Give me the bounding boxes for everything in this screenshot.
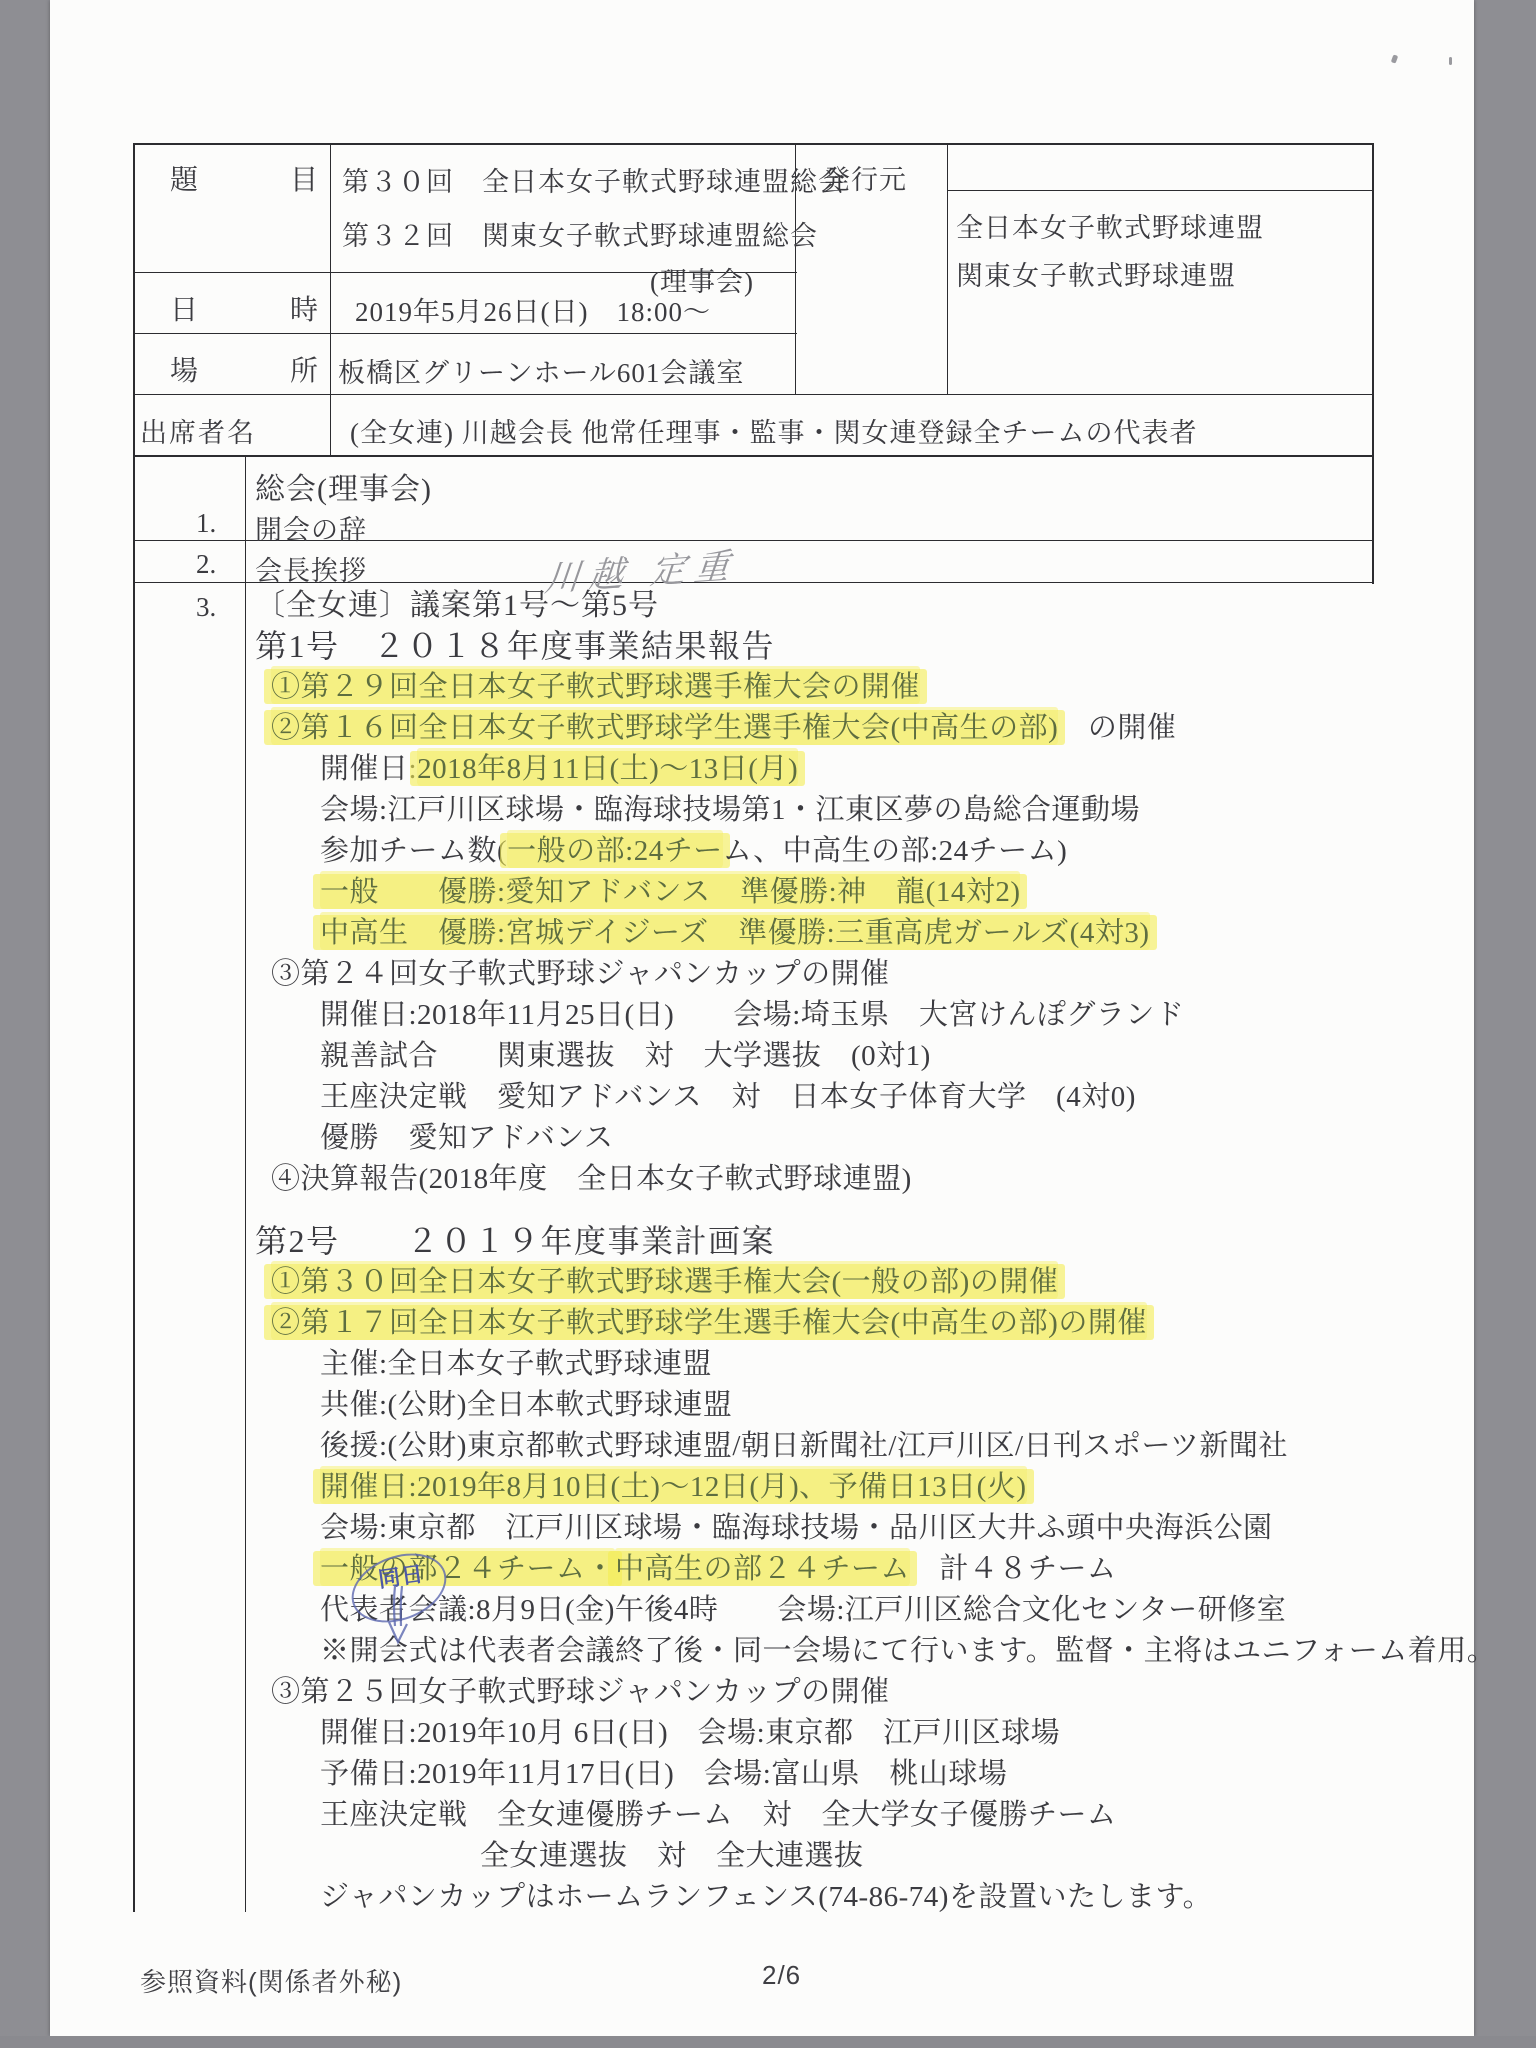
body-text: ③第２５回女子軟式野球ジャパンカップの開催 bbox=[271, 1676, 890, 1708]
body-line: 開催日:2018年8月11日(土)〜13日(月) bbox=[320, 749, 1485, 790]
body-text: 代表者会議:8月9日(金)午後4時 会場:江戸川区総合文化センター研修室 bbox=[320, 1594, 1286, 1626]
highlighted-text: ①第２９回全日本女子軟式野球選手権大会の開催 bbox=[271, 669, 920, 704]
body-line: 会場:東京都 江戸川区球場・臨海球技場・品川区大井ふ頭中央海浜公園 bbox=[320, 1508, 1485, 1549]
body-line: ③第２５回女子軟式野球ジャパンカップの開催 bbox=[271, 1672, 1485, 1713]
screenshot-root: { "colors": { "chrome_bg": "#8e8e93", "h… bbox=[0, 0, 1536, 2048]
body-line: 開催日:2019年10月 6日(日) 会場:東京都 江戸川区球場 bbox=[320, 1713, 1485, 1754]
body-line: 一般の部２４チーム・中高生の部２４チーム 計４８チーム bbox=[320, 1549, 1485, 1590]
viewer-background bbox=[0, 2036, 1536, 2048]
body-line: 主催:全日本女子軟式野球連盟 bbox=[320, 1344, 1485, 1385]
body-line: ※開会式は代表者会議終了後・同一会場にて行います。監督・主将はユニフォーム着用。 bbox=[320, 1631, 1485, 1672]
agenda-item2-label: 会長挨拶 bbox=[255, 549, 367, 588]
body-text: 予備日:2019年11月17日(日) 会場:富山県 桃山球場 bbox=[320, 1758, 1007, 1790]
body-line: ③第２４回女子軟式野球ジャパンカップの開催 bbox=[271, 954, 1485, 995]
agenda-item1-label: 開会の辞 bbox=[255, 508, 367, 547]
scan-speck bbox=[1391, 54, 1398, 63]
grid-line bbox=[245, 455, 246, 1912]
body-line: 第2号 ２０１９年度事業計画案 bbox=[255, 1221, 1485, 1262]
body-text: 会場:江戸川区球場・臨海球技場第1・江東区夢の島総合運動場 bbox=[320, 794, 1140, 826]
place-label: 場 所 bbox=[170, 349, 318, 389]
grid-line bbox=[133, 455, 1374, 457]
agenda-item1-number: 1. bbox=[196, 508, 216, 539]
body-line: 中高生 優勝:宮城デイジーズ 準優勝:三重高虎ガールズ(4対3) bbox=[320, 913, 1485, 954]
body-line: 第1号 ２０１８年度事業結果報告 bbox=[255, 626, 1485, 667]
highlighted-text: 開催日:2019年8月10日(土)〜12日(月)、予備日13日(火) bbox=[320, 1469, 1027, 1504]
subject-label-char: 題 bbox=[170, 158, 198, 198]
body-text: 王座決定戦 愛知アドバンス 対 日本女子体育大学 (4対0) bbox=[320, 1081, 1136, 1113]
body-line: ④決算報告(2018年度 全日本女子軟式野球連盟) bbox=[271, 1159, 1485, 1200]
body-line: 後援:(公財)東京都軟式野球連盟/朝日新聞社/江戸川区/日刊スポーツ新聞社 bbox=[320, 1426, 1485, 1467]
issuer-label: 発行元 bbox=[823, 158, 907, 197]
body-line: 全女連選抜 対 全大連選抜 bbox=[480, 1836, 1485, 1877]
highlighted-text: 中高生 優勝:宮城デイジーズ 準優勝:三重高虎ガールズ(4対3) bbox=[320, 915, 1150, 950]
body-line: 〔全女連〕議案第1号〜第5号 bbox=[255, 585, 1485, 626]
body-text: ※開会式は代表者会議終了後・同一会場にて行います。監督・主将はユニフォーム着用。 bbox=[320, 1635, 1496, 1667]
body-text: の開催 bbox=[1058, 712, 1176, 744]
body-line: 参加チーム数(一般の部:24チーム、中高生の部:24チーム) bbox=[320, 831, 1485, 872]
body-line: 王座決定戦 愛知アドバンス 対 日本女子体育大学 (4対0) bbox=[320, 1077, 1485, 1118]
body-line: 共催:(公財)全日本軟式野球連盟 bbox=[320, 1385, 1485, 1426]
body-text: ④決算報告(2018年度 全日本女子軟式野球連盟) bbox=[271, 1163, 912, 1195]
body-line: ①第３０回全日本女子軟式野球選手権大会(一般の部)の開催 bbox=[271, 1262, 1485, 1303]
issuer-line-2: 関東女子軟式野球連盟 bbox=[956, 254, 1236, 293]
body-text: 後援:(公財)東京都軟式野球連盟/朝日新聞社/江戸川区/日刊スポーツ新聞社 bbox=[320, 1430, 1288, 1462]
attendees-value: (全女連) 川越会長 他常任理事・監事・関女連登録全チームの代表者 bbox=[350, 411, 1197, 450]
body-text: ム、中高生の部:24チーム) bbox=[723, 835, 1068, 867]
highlighted-text: ②第１６回全日本女子軟式野球学生選手権大会(中高生の部) bbox=[271, 710, 1058, 745]
body-text: 王座決定戦 全女連優勝チーム 対 全大学女子優勝チーム bbox=[320, 1799, 1117, 1831]
grid-line bbox=[133, 143, 135, 1912]
highlighted-text: ①第３０回全日本女子軟式野球選手権大会(一般の部)の開催 bbox=[271, 1264, 1058, 1299]
grid-line bbox=[330, 143, 331, 455]
place-label-char: 所 bbox=[290, 349, 318, 389]
body-line: 一般 優勝:愛知アドバンス 準優勝:神 龍(14対2) bbox=[320, 872, 1485, 913]
body-text: ③第２４回女子軟式野球ジャパンカップの開催 bbox=[271, 958, 890, 990]
body-line: ②第１６回全日本女子軟式野球学生選手権大会(中高生の部) の開催 bbox=[271, 708, 1485, 749]
place-label-char: 場 bbox=[170, 349, 198, 389]
body-text: 計４８チーム bbox=[910, 1553, 1117, 1585]
grid-line bbox=[133, 333, 797, 334]
body-text: 第1号 ２０１８年度事業結果報告 bbox=[255, 628, 775, 664]
body-text: 〔全女連〕議案第1号〜第5号 bbox=[255, 589, 659, 622]
annotation-down-arrow-icon bbox=[382, 1584, 418, 1650]
agenda-section-title: 総会(理事会) bbox=[255, 464, 432, 508]
highlighted-text: 2018年8月11日(土)〜13日(月) bbox=[417, 751, 798, 786]
grid-line bbox=[133, 143, 1374, 145]
body-line: 開催日:2018年11月25日(日) 会場:埼玉県 大宮けんぽグランド bbox=[320, 995, 1485, 1036]
body-text: 親善試合 関東選抜 対 大学選抜 (0対1) bbox=[320, 1040, 931, 1072]
footer-classification: 参照資料(関係者外秘) bbox=[140, 1962, 402, 1999]
body-text: 開催日: bbox=[320, 753, 417, 785]
body-text: 第2号 ２０１９年度事業計画案 bbox=[255, 1223, 775, 1259]
grid-line bbox=[947, 143, 948, 394]
highlighted-text: 中高生の部２４チーム bbox=[615, 1551, 910, 1586]
document-page: 題 目 第３０回 全日本女子軟式野球連盟総会 第３２回 関東女子軟式野球連盟総会… bbox=[50, 0, 1474, 2036]
body-text: 優勝 愛知アドバンス bbox=[320, 1122, 614, 1154]
body-line: 代表者会議:8月9日(金)午後4時 会場:江戸川区総合文化センター研修室 bbox=[320, 1590, 1485, 1631]
highlighted-text: 一般の部:24チー bbox=[507, 833, 723, 868]
body-line: 親善試合 関東選抜 対 大学選抜 (0対1) bbox=[320, 1036, 1485, 1077]
place-value: 板橋区グリーンホール601会議室 bbox=[338, 351, 744, 390]
highlighted-text: 一般 優勝:愛知アドバンス 準優勝:神 龍(14対2) bbox=[320, 874, 1020, 909]
body-line: 予備日:2019年11月17日(日) 会場:富山県 桃山球場 bbox=[320, 1754, 1485, 1795]
body-line: 優勝 愛知アドバンス bbox=[320, 1118, 1485, 1159]
body-line: ジャパンカップはホームランフェンス(74-86-74)を設置いたします。 bbox=[320, 1877, 1485, 1918]
footer-page-number: 2/6 bbox=[762, 1960, 801, 1991]
grid-line bbox=[133, 394, 1374, 395]
body-text: 会場:東京都 江戸川区球場・臨海球技場・品川区大井ふ頭中央海浜公園 bbox=[320, 1512, 1273, 1544]
subject-line-1: 第３０回 全日本女子軟式野球連盟総会 bbox=[342, 160, 846, 199]
body-line: 開催日:2019年8月10日(土)〜12日(月)、予備日13日(火) bbox=[320, 1467, 1485, 1508]
subject-label: 題 目 bbox=[170, 158, 318, 198]
body-line: ②第１７回全日本女子軟式野球学生選手権大会(中高生の部)の開催 bbox=[271, 1303, 1485, 1344]
body-line: ①第２９回全日本女子軟式野球選手権大会の開催 bbox=[271, 667, 1485, 708]
datetime-label-char: 日 bbox=[170, 288, 198, 328]
grid-line bbox=[947, 190, 1374, 191]
body-text: 開催日:2018年11月25日(日) 会場:埼玉県 大宮けんぽグランド bbox=[320, 999, 1184, 1031]
subject-line-2: 第３２回 関東女子軟式野球連盟総会 bbox=[342, 214, 818, 253]
body-text: 開催日:2019年10月 6日(日) 会場:東京都 江戸川区球場 bbox=[320, 1717, 1060, 1749]
agenda-body: 〔全女連〕議案第1号〜第5号第1号 ２０１８年度事業結果報告①第２９回全日本女子… bbox=[255, 585, 1485, 1918]
grid-line bbox=[1372, 143, 1374, 584]
subject-label-char: 目 bbox=[290, 158, 318, 198]
body-line: 会場:江戸川区球場・臨海球技場第1・江東区夢の島総合運動場 bbox=[320, 790, 1485, 831]
datetime-label: 日 時 bbox=[170, 288, 318, 328]
attendees-label: 出席者名 bbox=[140, 411, 256, 450]
body-text: 共催:(公財)全日本軟式野球連盟 bbox=[320, 1389, 732, 1421]
issuer-line-1: 全日本女子軟式野球連盟 bbox=[956, 206, 1264, 245]
datetime-label-char: 時 bbox=[290, 288, 318, 328]
body-text: 主催:全日本女子軟式野球連盟 bbox=[320, 1348, 712, 1380]
body-line: 王座決定戦 全女連優勝チーム 対 全大学女子優勝チーム bbox=[320, 1795, 1485, 1836]
body-text: 全女連選抜 対 全大連選抜 bbox=[480, 1840, 864, 1872]
highlighted-text: ②第１７回全日本女子軟式野球学生選手権大会(中高生の部)の開催 bbox=[271, 1305, 1147, 1340]
agenda-item3-number: 3. bbox=[196, 592, 216, 623]
scan-speck bbox=[1449, 57, 1452, 65]
body-text: ジャパンカップはホームランフェンス(74-86-74)を設置いたします。 bbox=[320, 1881, 1212, 1913]
body-text: 参加チーム数( bbox=[320, 835, 507, 867]
datetime-value: 2019年5月26日(日) 18:00〜 bbox=[355, 290, 711, 329]
agenda-item2-number: 2. bbox=[196, 549, 216, 580]
